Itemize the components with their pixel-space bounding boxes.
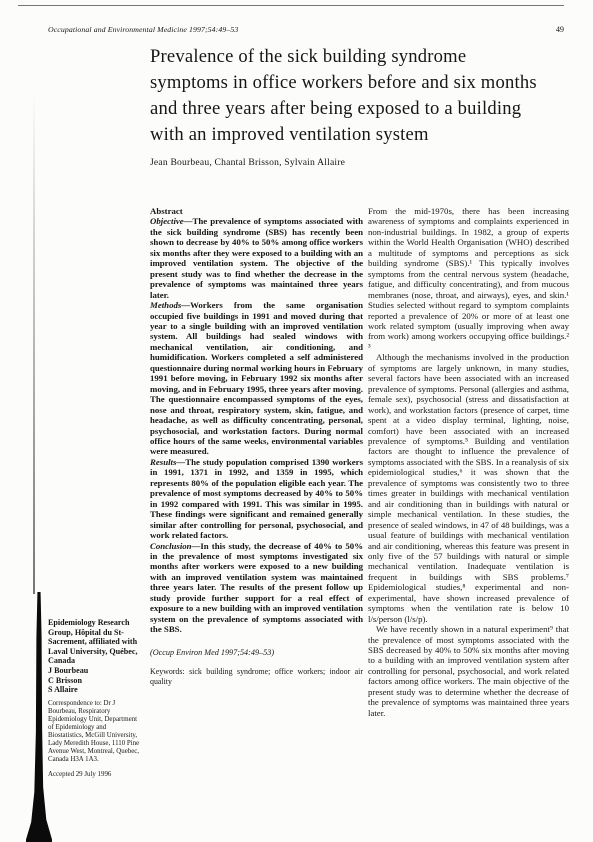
objective-text: The prevalence of symptoms associated wi… [150, 216, 363, 299]
conclusion-lead: Conclusion— [150, 541, 200, 551]
article-title: Prevalence of the sick building syndrome… [150, 44, 570, 148]
introduction-column: From the mid-1970s, there has been incre… [368, 206, 569, 718]
page-number: 49 [556, 25, 564, 34]
abstract-methods: Methods—Workers from the same organisati… [150, 300, 363, 457]
title-line-3: and three years after being exposed to a… [150, 96, 570, 122]
margin-column: Epidemiology Research Group, Hôpital du … [48, 618, 143, 779]
title-line-2: symptoms in office workers before and si… [150, 70, 570, 96]
intro-paragraph-2: Although the mechanisms involved in the … [368, 352, 569, 624]
authors-line: Jean Bourbeau, Chantal Brisson, Sylvain … [150, 157, 570, 168]
scan-left-streak-faint [33, 92, 35, 594]
title-line-1: Prevalence of the sick building syndrome [150, 44, 570, 70]
margin-author-2: C Brisson [48, 676, 143, 686]
margin-author-1: J Bourbeau [48, 666, 143, 676]
results-text: The study population comprised 1390 work… [150, 457, 363, 540]
intro-paragraph-1: From the mid-1970s, there has been incre… [368, 206, 569, 352]
page-header: Occupational and Environmental Medicine … [48, 25, 564, 34]
abstract-column: Abstract Objective—The prevalence of sym… [150, 206, 363, 686]
margin-author-3: S Allaire [48, 685, 143, 695]
affiliation-text: Epidemiology Research Group, Hôpital du … [48, 618, 143, 666]
journal-page: Occupational and Environmental Medicine … [0, 0, 593, 842]
conclusion-text: In this study, the decrease of 40% to 50… [150, 541, 363, 635]
scan-top-edge-line [18, 5, 564, 6]
keywords-line: Keywords: sick building syndrome; office… [150, 667, 363, 686]
methods-text: Workers from the same organisation occup… [150, 300, 363, 456]
title-line-4: with an improved ventilation system [150, 122, 570, 148]
intro-paragraph-3: We have recently shown in a natural expe… [368, 624, 569, 718]
citation-line: (Occup Environ Med 1997;54:49–53) [150, 648, 363, 658]
methods-lead: Methods— [150, 300, 190, 310]
abstract-results: Results—The study population comprised 1… [150, 457, 363, 541]
abstract-heading: Abstract [150, 206, 363, 216]
results-lead: Results— [150, 457, 185, 467]
correspondence-text: Correspondence to: Dr J Bourbeau, Respir… [48, 700, 143, 765]
objective-lead: Objective— [150, 216, 193, 226]
abstract-conclusion: Conclusion—In this study, the decrease o… [150, 541, 363, 635]
abstract-objective: Objective—The prevalence of symptoms ass… [150, 216, 363, 300]
accepted-date: Accepted 29 July 1996 [48, 771, 143, 779]
journal-citation-header: Occupational and Environmental Medicine … [48, 25, 238, 34]
